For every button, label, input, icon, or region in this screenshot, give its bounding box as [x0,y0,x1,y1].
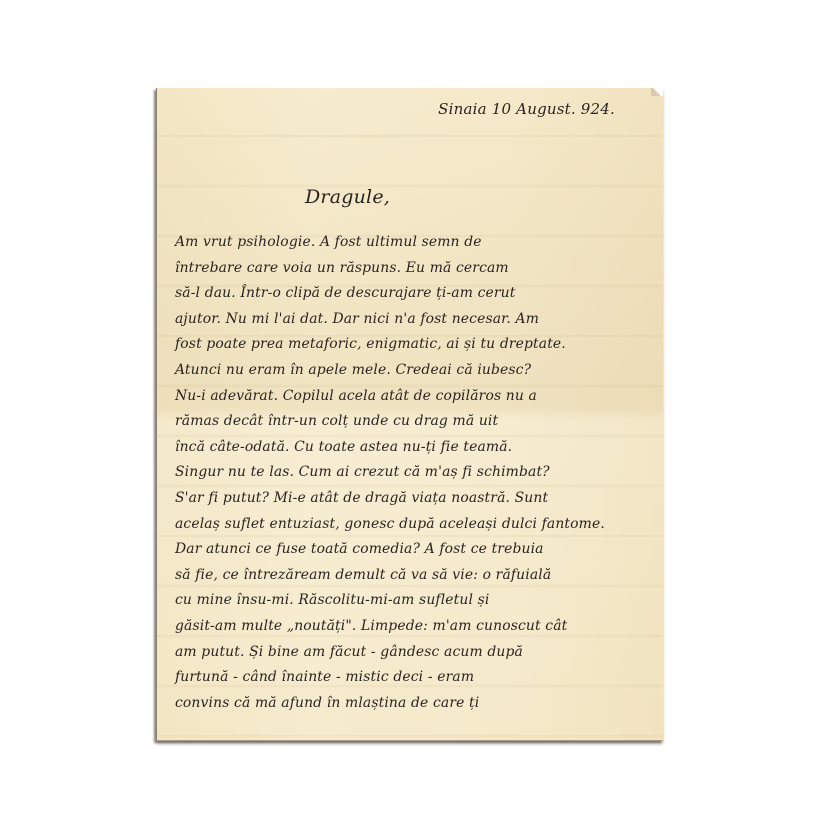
letter-line: acelaș suflet entuziast, gonesc după ace… [175,512,645,538]
letter-line: să fie, ce întrezăream demult că va să v… [175,563,645,589]
letter-line: încă câte-odată. Cu toate astea nu-ți fi… [175,435,645,461]
letter-line: furtună - când înainte - mistic deci - e… [175,665,645,691]
letter-line: S'ar fi putut? Mi-e atât de dragă viața … [175,486,645,512]
letter-line: convins că mă afund în mlaștina de care … [175,691,645,717]
letter-page: Sinaia 10 August. 924. Dragule, Am vrut … [156,88,663,741]
letter-line: Nu-i adevărat. Copilul acela atât de cop… [175,384,645,410]
letter-salutation: Dragule, [305,186,390,208]
letter-line: întrebare care voia un răspuns. Eu mă ce… [175,256,645,282]
letter-line: rămas decât într-un colț unde cu drag mă… [175,409,645,435]
letter-line: Atunci nu eram în apele mele. Credeai că… [175,358,645,384]
letter-line: Singur nu te las. Cum ai crezut că m'aș … [175,460,645,486]
letter-line: Dar atunci ce fuse toată comedia? A fost… [175,537,645,563]
letter-line: ajutor. Nu mi l'ai dat. Dar nici n'a fos… [175,307,645,333]
letter-body: Am vrut psihologie. A fost ultimul semn … [175,230,655,716]
letter-line: cu mine însu-mi. Răscolitu-mi-am sufletu… [175,588,645,614]
letter-line: am putut. Și bine am făcut - gândesc acu… [175,640,645,666]
letter-dateline: Sinaia 10 August. 924. [438,100,615,118]
page-background: Sinaia 10 August. 924. Dragule, Am vrut … [0,0,820,820]
letter-line: fost poate prea metaforic, enigmatic, ai… [175,332,645,358]
letter-line: Am vrut psihologie. A fost ultimul semn … [175,230,645,256]
letter-line: găsit-am multe „noutăți". Limpede: m'am … [175,614,645,640]
letter-line: să-l dau. Într-o clipă de descurajare ți… [175,281,645,307]
